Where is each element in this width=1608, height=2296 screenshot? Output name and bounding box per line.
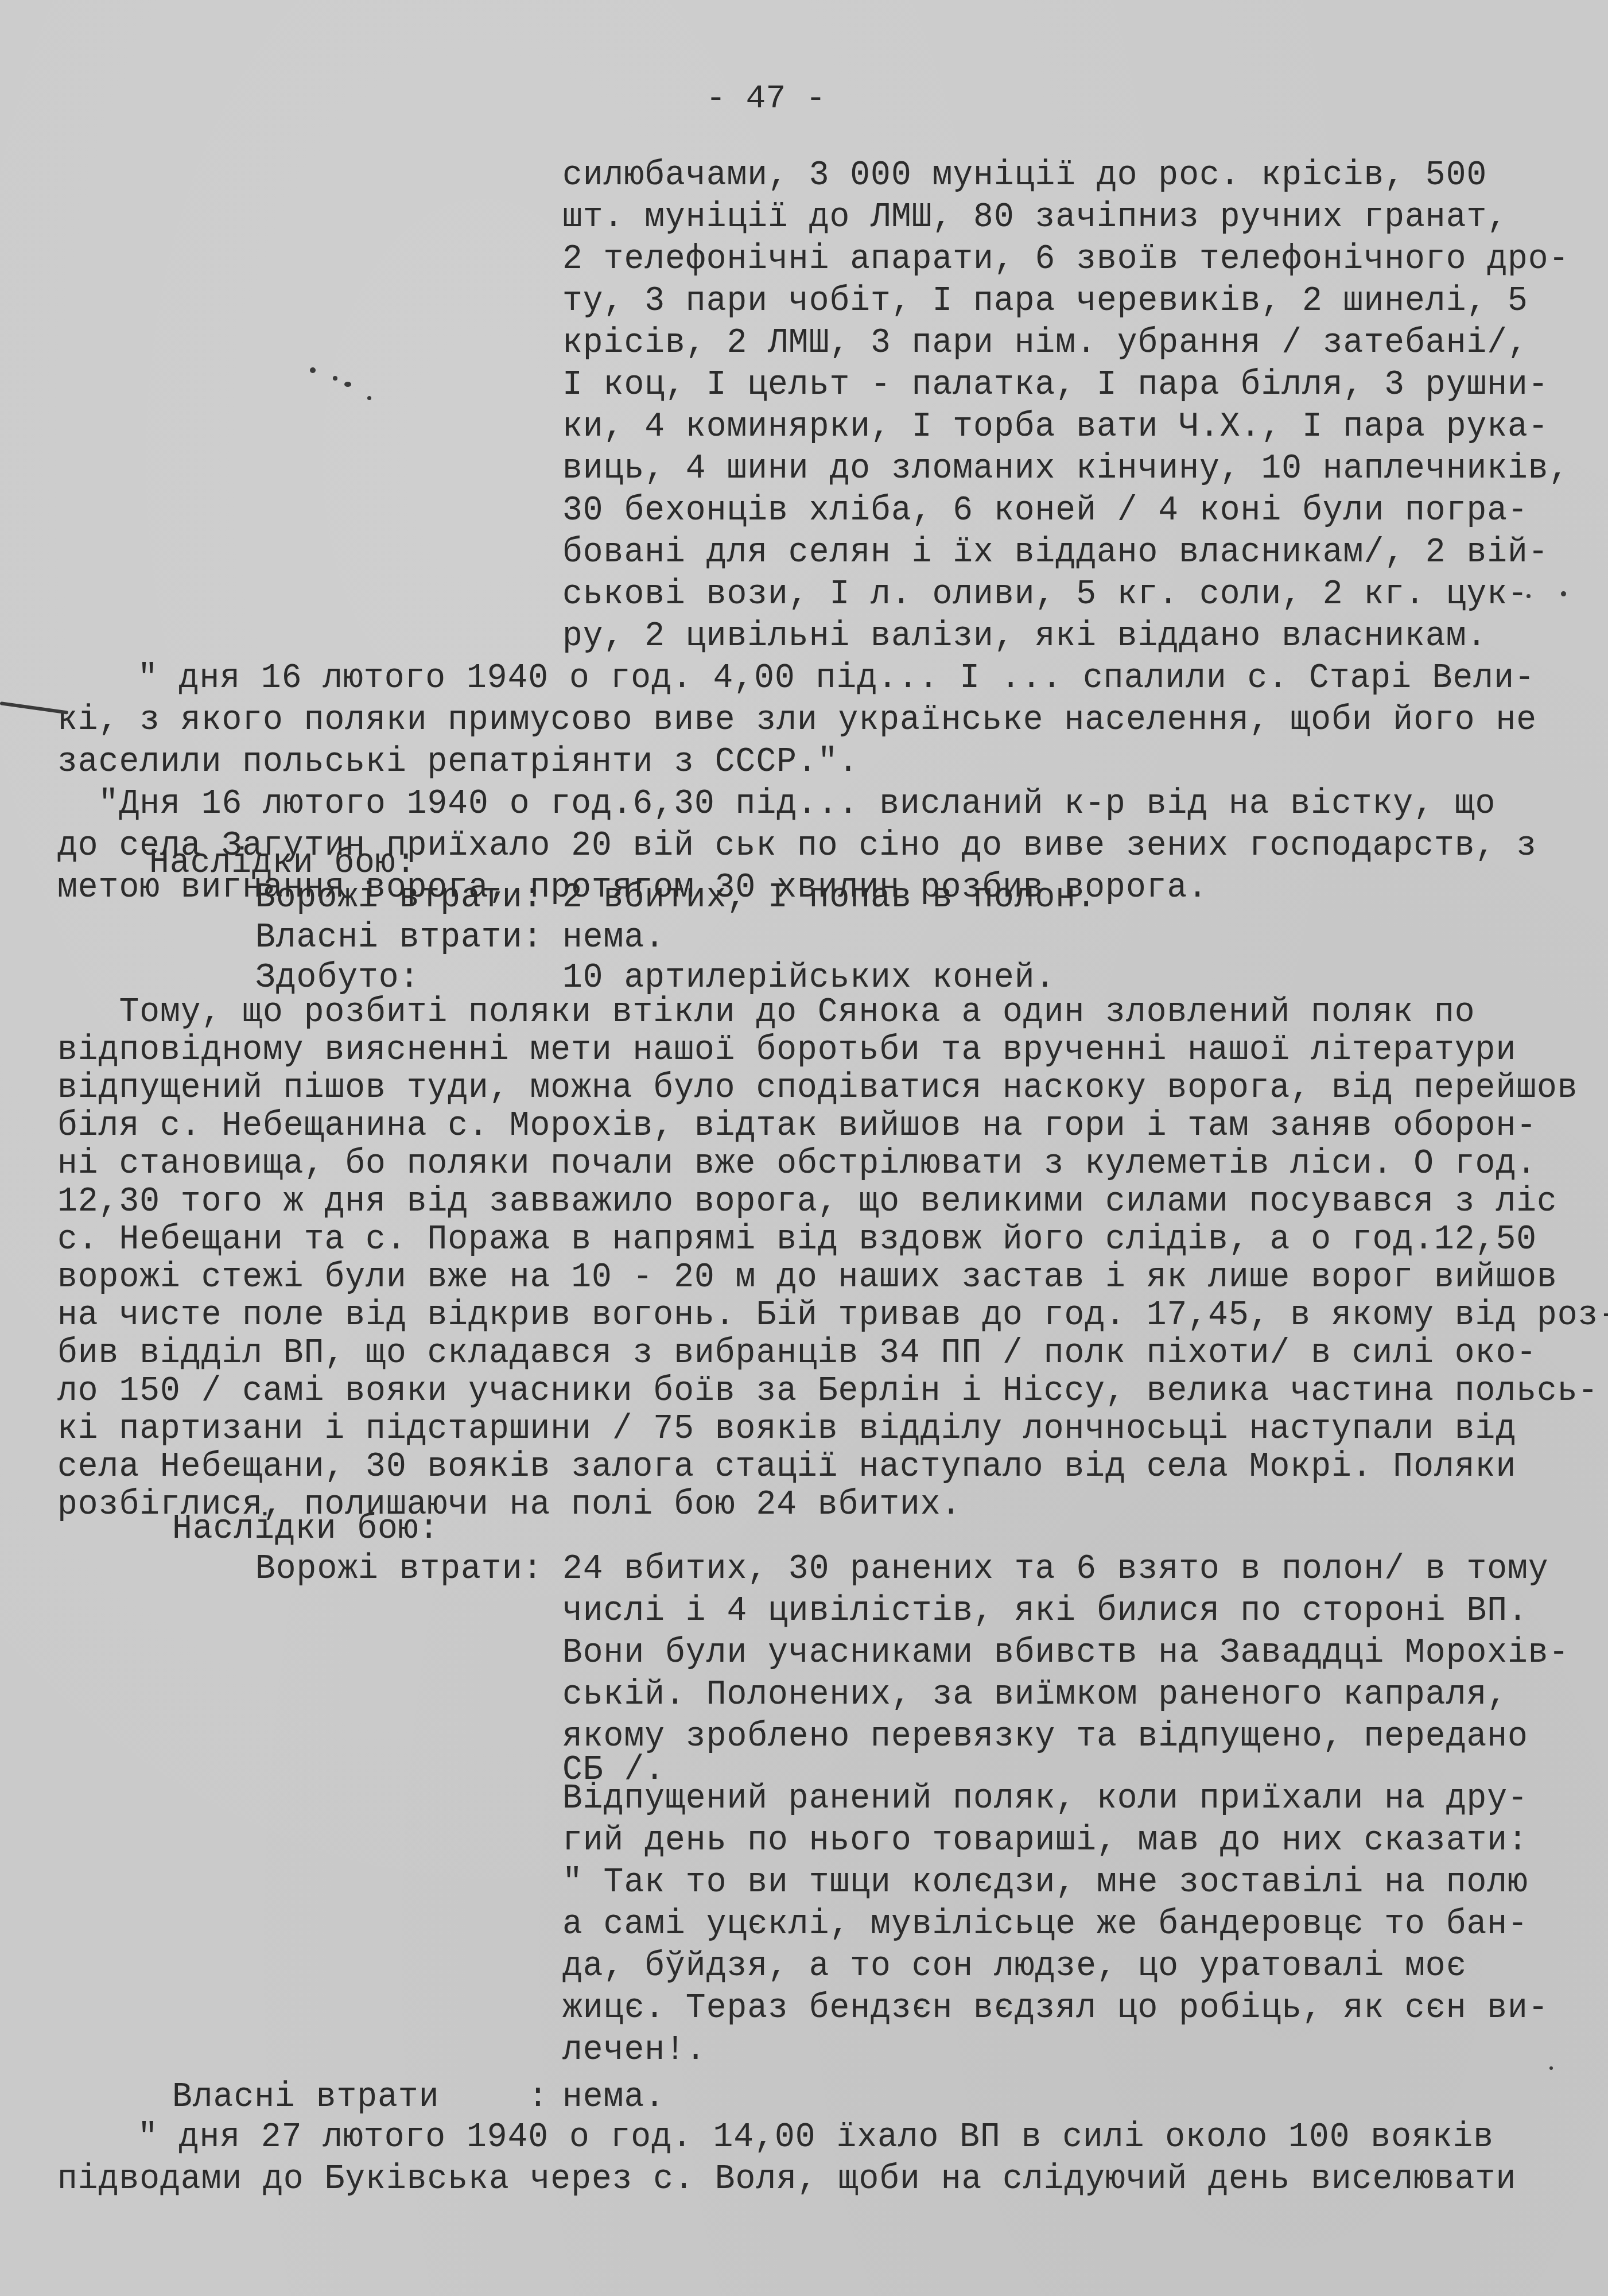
text-line: " дня 27 лютого 1940 о год. 14,00 їхало … — [138, 2118, 1494, 2158]
text-line: шт. муніції до ЛМШ, 80 зачіпниз ручних г… — [562, 198, 1508, 238]
own-losses-label: Власні втрати — [172, 2078, 439, 2117]
text-line: 30 бехонців хліба, 6 коней / 4 коні були… — [562, 491, 1528, 531]
text-line: "Дня 16 лютого 1940 о год.6,30 під... ви… — [57, 785, 1496, 824]
quote-line: лечен!. — [562, 2031, 706, 2070]
enemy-losses-line: 24 вбитих, 30 ранених та 6 взято в полон… — [562, 1550, 1549, 1589]
text-line: відповідному виясненні мети нашої бороть… — [57, 1031, 1516, 1071]
scan-speck — [1561, 591, 1566, 596]
text-line: Тому, що розбиті поляки втікли до Сянока… — [57, 993, 1475, 1033]
text-line: ки, 4 коминярки, І торба вати Ч.Х., І па… — [562, 408, 1549, 447]
scan-speck — [310, 367, 316, 373]
enemy-losses-label: Ворожі втрати: — [255, 878, 543, 918]
text-line: " дня 16 лютого 1940 о год. 4,00 під... … — [138, 659, 1535, 699]
enemy-losses-line: Вони були учасниками вбивств на Заваддці… — [562, 1634, 1569, 1673]
quote-line: да, бўйдзя, а то сон людзе, цо уратовалі… — [562, 1947, 1466, 1987]
text-line: бовані для селян і їх віддано власникам/… — [562, 533, 1549, 573]
scanned-typewritten-page: - 47 - силюбачами, 3 000 муніції до рос.… — [0, 0, 1608, 2296]
text-line: ру, 2 цивільні валізи, які віддано власн… — [562, 617, 1487, 657]
enemy-losses-label: Ворожі втрати: — [255, 1550, 543, 1589]
own-losses-label: Власні втрати: — [255, 918, 543, 958]
scan-speck — [1527, 594, 1531, 598]
text-line: ськові вози, І л. оливи, 5 кг. соли, 2 к… — [562, 575, 1528, 615]
scan-speck — [367, 396, 371, 400]
page-number: - 47 - — [706, 80, 826, 118]
text-line: бив відділ ВП, що складався з вибранців … — [57, 1334, 1537, 1374]
text-line: села Небещани, 30 вояків залога стації н… — [57, 1448, 1516, 1487]
text-line: кі партизани і підстаршини / 75 вояків в… — [57, 1410, 1516, 1449]
text-line: с. Небещани та с. Поража в напрямі від в… — [57, 1220, 1537, 1260]
text-line: заселили польські репатріянти з СССР.". — [57, 743, 859, 782]
text-line: на чисте поле від відкрив вогонь. Бій тр… — [57, 1296, 1608, 1336]
text-line: кі, з якого поляки примусово виве зли ук… — [57, 701, 1537, 740]
enemy-losses-value: 2 вбитих, І попав в полон. — [562, 878, 1097, 918]
scan-speck — [344, 382, 351, 387]
text-line: 2 телефонічні апарати, 6 звоїв телефоніч… — [562, 240, 1569, 280]
text-line: ні становища, бо поляки почали вже обстр… — [57, 1145, 1537, 1184]
text-line: біля с. Небещанина с. Морохів, відтак ви… — [57, 1107, 1537, 1146]
quote-line: а самі уцєклі, мувілісьце же бандеровцє … — [562, 1905, 1528, 1945]
text-line: ту, 3 пари чобіт, І пара черевиків, 2 ши… — [562, 282, 1528, 321]
scan-speck — [333, 376, 337, 381]
own-losses-value: нема. — [562, 918, 665, 958]
quote-line: Відпущений ранений поляк, коли приїхали … — [562, 1779, 1528, 1819]
quote-line: " Так то ви тшци колєдзи, мне зоставілі … — [562, 1863, 1528, 1903]
own-losses-value: нема. — [562, 2078, 665, 2117]
quote-line: жицє. Тераз бендзєн вєдзял цо робіць, як… — [562, 1989, 1549, 2029]
enemy-losses-line: ській. Полонених, за виїмком раненого ка… — [562, 1676, 1508, 1715]
text-line: силюбачами, 3 000 муніції до рос. крісів… — [562, 156, 1487, 196]
captured-label: Здобуто: — [255, 959, 420, 998]
quote-line: гий день по нього товариші, мав до них с… — [562, 1821, 1528, 1861]
text-line: ло 150 / самі вояки учасники боїв за Бер… — [57, 1372, 1598, 1411]
captured-value: 10 артилерійських коней. — [562, 959, 1055, 998]
scan-speck — [1549, 2066, 1553, 2070]
text-line: 12,30 того ж дня від завважило ворога, щ… — [57, 1182, 1557, 1222]
results-heading: Наслідки бою: — [172, 1510, 439, 1549]
text-line: ворожі стежі були вже на 10 - 20 м до на… — [57, 1258, 1557, 1298]
text-line: відпущений пішов туди, можна було сподів… — [57, 1069, 1578, 1108]
own-losses-separator: : — [528, 2078, 549, 2117]
text-line: підводами до Буківська через с. Воля, що… — [57, 2160, 1516, 2200]
text-line: І коц, І цельт - палатка, І пара білля, … — [562, 366, 1549, 405]
text-line: крісів, 2 ЛМШ, 3 пари нім. убрання / зат… — [562, 324, 1528, 363]
enemy-losses-line: якому зроблено перевязку та відпущено, п… — [562, 1717, 1528, 1757]
text-line: виць, 4 шини до зломаних кінчину, 10 нап… — [562, 449, 1569, 489]
enemy-losses-line: числі і 4 цивілістів, які билися по стор… — [562, 1592, 1528, 1631]
results-heading: Наслідки бою: — [149, 844, 416, 883]
